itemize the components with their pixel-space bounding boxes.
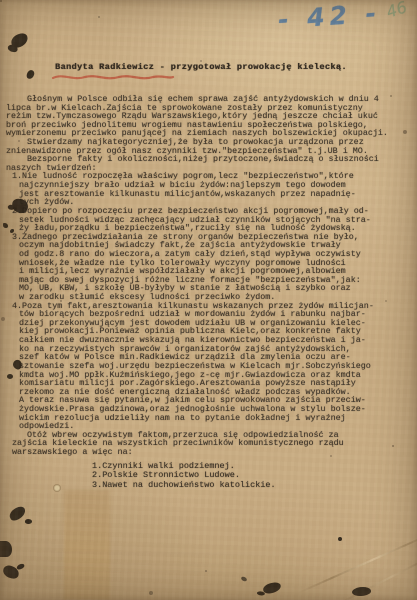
ink-blot bbox=[7, 374, 13, 379]
ink-blot bbox=[240, 576, 247, 582]
punch-hole bbox=[53, 484, 61, 492]
paper-crease bbox=[298, 531, 417, 593]
paper-crease bbox=[336, 554, 417, 600]
ink-blot bbox=[2, 564, 20, 580]
ink-specks bbox=[0, 0, 2, 2]
ink-blot bbox=[351, 586, 371, 598]
document-lines: Głośnym w Polsce odbiła się echem sprawa… bbox=[0, 95, 417, 457]
closing-list: 1.Czynniki walki podziemnej.2.Polskie St… bbox=[92, 462, 276, 490]
ink-blot bbox=[262, 581, 282, 595]
ink-blot bbox=[10, 32, 30, 49]
tape-stain bbox=[64, 490, 110, 600]
ink-blot bbox=[25, 518, 33, 524]
document-line: warszawskiego a więc na: bbox=[0, 448, 417, 457]
ink-blot bbox=[0, 541, 12, 557]
closing-list-item: 3.Nawet na duchowieństwo katolickie. bbox=[92, 481, 276, 490]
red-underline-mark bbox=[51, 72, 175, 82]
scanned-document-page: - 42 - 46 Bandyta Radkiewicz - przygotow… bbox=[0, 0, 417, 600]
ink-blot bbox=[338, 537, 342, 541]
ink-blot bbox=[26, 69, 35, 80]
ink-blot bbox=[3, 223, 8, 228]
document-title: Bandyta Radkiewicz - przygotował prowoka… bbox=[55, 62, 347, 72]
